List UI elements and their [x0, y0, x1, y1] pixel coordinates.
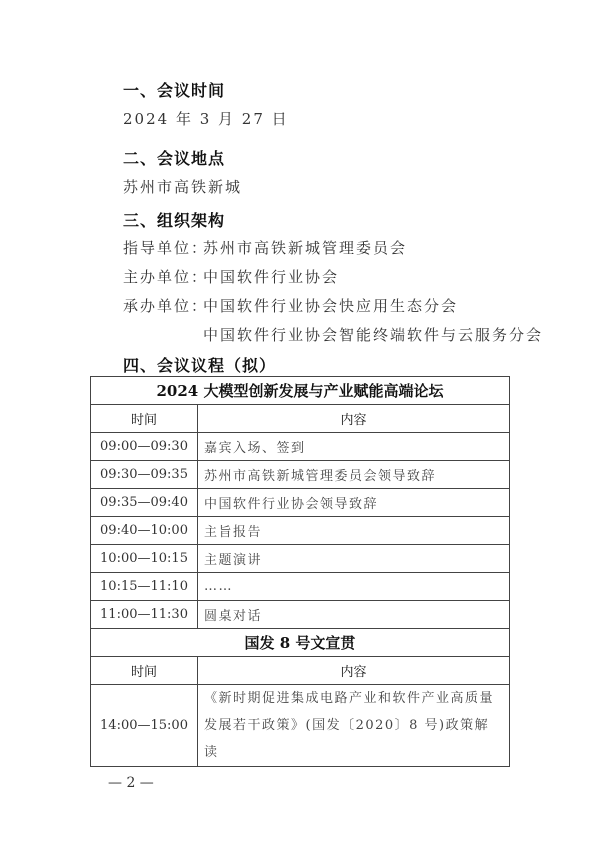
organizer-label: 承办单位：: [123, 295, 208, 316]
section-heading-organization: 三、组织架构: [123, 208, 225, 231]
row-time: 09:30—09:35: [91, 461, 198, 489]
meeting-location: 苏州市高铁新城: [123, 176, 242, 197]
host-label: 主办单位：: [123, 266, 208, 287]
row-content: 主题演讲: [198, 545, 510, 573]
table-row: 09:30—09:35 苏州市高铁新城管理委员会领导致辞: [91, 461, 510, 489]
organizer-value-2: 中国软件行业协会智能终端软件与云服务分会: [203, 324, 543, 345]
section-heading-location: 二、会议地点: [123, 146, 225, 169]
row-time: 10:15—11:10: [91, 573, 198, 601]
guide-label: 指导单位：: [123, 237, 208, 258]
row-content: 中国软件行业协会领导致辞: [198, 489, 510, 517]
table-row: 11:00—11:30 圆桌对话: [91, 601, 510, 629]
row-time: 14:00—15:00: [91, 685, 198, 767]
row-content: 《新时期促进集成电路产业和软件产业高质量发展若干政策》(国发〔2020〕8 号)…: [198, 685, 510, 767]
row-content: 圆桌对话: [198, 601, 510, 629]
col-content-header: 内容: [198, 405, 510, 433]
forum-title-row: 2024 大模型创新发展与产业赋能高端论坛: [91, 377, 510, 405]
organizer-value-1: 中国软件行业协会快应用生态分会: [203, 295, 458, 316]
table-row: 09:00—09:30 嘉宾入场、签到: [91, 433, 510, 461]
table-row: 10:15—11:10 ……: [91, 573, 510, 601]
row-content: ……: [198, 573, 510, 601]
section-heading-time: 一、会议时间: [123, 78, 225, 101]
col-content-header: 内容: [198, 657, 510, 685]
table-row: 14:00—15:00 《新时期促进集成电路产业和软件产业高质量发展若干政策》(…: [91, 685, 510, 767]
page-number: — 2 —: [108, 775, 154, 791]
policy-title: 国发 8 号文宣贯: [91, 629, 510, 657]
row-content: 主旨报告: [198, 517, 510, 545]
forum-header-row: 时间 内容: [91, 405, 510, 433]
row-content: 嘉宾入场、签到: [198, 433, 510, 461]
section-heading-agenda: 四、会议议程（拟）: [123, 353, 276, 376]
forum-title: 2024 大模型创新发展与产业赋能高端论坛: [91, 377, 510, 405]
table-row: 09:40—10:00 主旨报告: [91, 517, 510, 545]
policy-header-row: 时间 内容: [91, 657, 510, 685]
row-content: 苏州市高铁新城管理委员会领导致辞: [198, 461, 510, 489]
col-time-header: 时间: [91, 657, 198, 685]
agenda-table: 2024 大模型创新发展与产业赋能高端论坛 时间 内容 09:00—09:30 …: [90, 376, 510, 767]
meeting-date: 2024 年 3 月 27 日: [123, 108, 289, 129]
table-row: 10:00—10:15 主题演讲: [91, 545, 510, 573]
table-row: 09:35—09:40 中国软件行业协会领导致辞: [91, 489, 510, 517]
guide-value: 苏州市高铁新城管理委员会: [203, 237, 407, 258]
host-value: 中国软件行业协会: [203, 266, 339, 287]
row-time: 09:40—10:00: [91, 517, 198, 545]
col-time-header: 时间: [91, 405, 198, 433]
row-time: 11:00—11:30: [91, 601, 198, 629]
policy-title-row: 国发 8 号文宣贯: [91, 629, 510, 657]
row-time: 09:00—09:30: [91, 433, 198, 461]
row-time: 09:35—09:40: [91, 489, 198, 517]
row-time: 10:00—10:15: [91, 545, 198, 573]
